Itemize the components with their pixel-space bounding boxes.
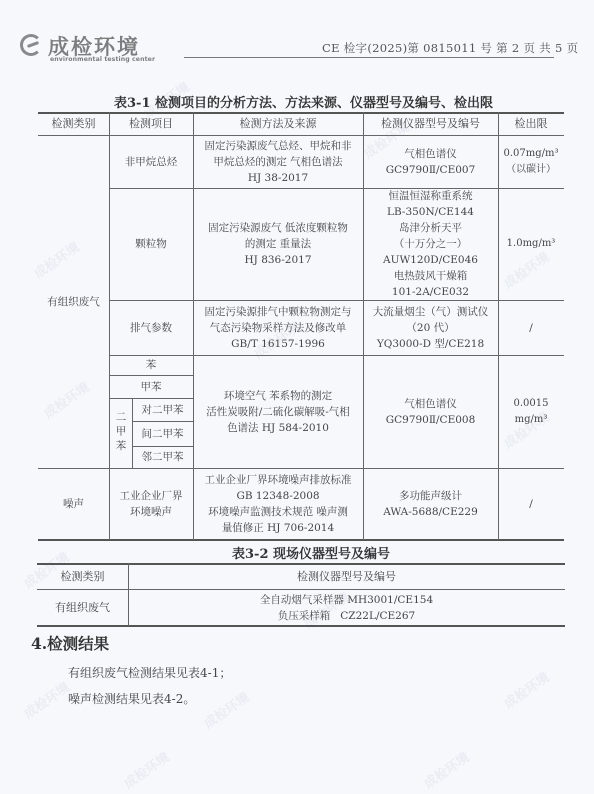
instrument-line: （20 代） — [406, 320, 454, 336]
instrument-cell: 气相色谱仪 GC9790Ⅱ/CE007 — [363, 135, 498, 188]
limit-value: 0.0015 — [514, 396, 549, 412]
header-item: 检测项目 — [109, 113, 193, 135]
watermark: 成检环境 — [419, 747, 473, 792]
table1-caption: 表3-1 检测项目的分析方法、方法来源、仪器型号及编号、检出限 — [114, 92, 493, 111]
paragraph: 有组织废气检测结果见表4-1； — [68, 664, 231, 681]
instrument-line: 全自动烟气采样器 MH3001/CE154 — [260, 592, 433, 608]
method-line: 固定污染源废气总烃、甲烷和非 — [205, 138, 352, 154]
method-line: 环境空气 苯系物的测定 — [224, 388, 332, 404]
category-noise: 噪声 — [38, 468, 109, 539]
method-line: 固定污染源排气中颗粒物测定与 — [205, 304, 352, 320]
method-cell: 固定污染源排气中颗粒物测定与 气态污染物采样方法及修改单 GB/T 16157-… — [193, 300, 363, 355]
item-name: 颗粒物 — [135, 236, 167, 252]
limit-value: / — [529, 320, 533, 336]
instrument-line: LB-350N/CE144 — [387, 204, 474, 220]
instrument-cell: 大流量烟尘（气）测试仪 （20 代） YQ3000-D 型/CE218 — [363, 300, 498, 355]
table-row: 排气参数 — [109, 300, 193, 355]
method-cell: 工业企业厂界环境噪声排放标准 GB 12348-2008 环境噪声监测技术规范 … — [193, 468, 363, 539]
instrument-line: （十万分之一） — [394, 236, 468, 252]
section-heading: 4.检测结果 — [31, 632, 109, 654]
instrument-cell: 气相色谱仪 GC9790Ⅱ/CE008 — [363, 355, 498, 468]
method-line: GB 12348-2008 — [236, 488, 319, 504]
item-name: 非甲烷总烃 — [125, 154, 178, 170]
limit-value: / — [529, 496, 533, 512]
method-cell: 环境空气 苯系物的测定 活性炭吸附/二硫化碳解吸-气相 色谱法 HJ 584-2… — [193, 355, 363, 468]
instrument-line: 气相色谱仪 — [404, 146, 457, 162]
method-line: GB/T 16157-1996 — [231, 336, 325, 352]
item-o-xylene: 邻二甲苯 — [132, 446, 193, 468]
paragraph: 噪声检测结果见表4-2。 — [68, 690, 195, 707]
header-limit: 检出限 — [498, 113, 564, 135]
instrument-line: AUW120D/CE046 — [383, 252, 478, 268]
watermark: 成检环境 — [199, 687, 253, 732]
document-number: CE 检字(2025)第 0815011 号 第 2 页 共 5 页 — [322, 40, 578, 56]
logo-ring-icon — [20, 34, 42, 56]
limit-cell: 0.07mg/m³ （以碳计） — [498, 135, 564, 188]
header-category: 检测类别 — [38, 113, 109, 135]
instrument-line: 气相色谱仪 — [404, 396, 457, 412]
limit-value: 0.07mg/m³ — [503, 146, 558, 162]
method-line: HJ 836-2017 — [244, 252, 311, 268]
instrument-line: 岛津分析天平 — [399, 220, 462, 236]
instrument-line: 电热鼓风干燥箱 — [394, 268, 468, 284]
method-line: 色谱法 HJ 584-2010 — [227, 420, 329, 436]
item-p-xylene: 对二甲苯 — [132, 398, 193, 421]
table-row: 非甲烷总烃 — [109, 135, 193, 188]
method-line: 固定污染源废气 低浓度颗粒物 — [208, 220, 348, 236]
instrument-line: 101-2A/CE032 — [392, 284, 469, 300]
header-rule — [184, 57, 300, 58]
company-logo: 成检环境 environmental testing center — [18, 32, 168, 68]
instrument-cell: 恒温恒湿称重系统 LB-350N/CE144 岛津分析天平 （十万分之一） AU… — [363, 188, 498, 300]
method-line: 量值修正 HJ 706-2014 — [222, 520, 334, 536]
limit-value: 1.0mg/m³ — [507, 236, 556, 252]
logo-subtitle: environmental testing center — [50, 56, 155, 63]
table-border — [37, 625, 565, 627]
limit-note: （以碳计） — [506, 162, 556, 178]
instrument-line: AWA-5688/CE229 — [383, 504, 478, 520]
table-border — [38, 539, 564, 541]
category-organized-gas: 有组织废气 — [38, 135, 109, 468]
method-line: 工业企业厂界环境噪声排放标准 — [205, 472, 352, 488]
method-line: 环境噪声监测技术规范 噪声测 — [208, 504, 348, 520]
item-name: 排气参数 — [130, 320, 172, 336]
method-cell: 固定污染源废气总烃、甲烷和非 甲烷总烃的测定 气相色谱法 HJ 38-2017 — [193, 135, 363, 188]
instrument-line: 恒温恒湿称重系统 — [389, 188, 473, 204]
item-xylene-group: 二甲苯 — [109, 398, 132, 468]
instrument-line: 大流量烟尘（气）测试仪 — [373, 304, 489, 320]
method-line: 甲烷总烃的测定 气相色谱法 — [213, 154, 342, 170]
limit-cell: 1.0mg/m³ — [498, 188, 564, 300]
limit-cell: / — [498, 300, 564, 355]
header-rule — [300, 57, 554, 58]
instrument-line: 负压采样箱 CZ22L/CE267 — [278, 608, 415, 624]
instrument-line: YQ3000-D 型/CE218 — [377, 336, 484, 352]
row-category: 有组织废气 — [37, 590, 128, 625]
instrument-line: 多功能声级计 — [399, 488, 462, 504]
limit-cell: 0.0015 mg/m³ — [498, 355, 564, 468]
limit-unit: mg/m³ — [515, 412, 548, 428]
header-category: 检测类别 — [37, 564, 128, 589]
instrument-cell: 多功能声级计 AWA-5688/CE229 — [363, 468, 498, 539]
table-row: 颗粒物 — [109, 188, 193, 300]
item-cell: 工业企业厂界 环境噪声 — [109, 468, 193, 539]
header-instrument: 检测仪器型号及编号 — [363, 113, 498, 135]
method-cell: 固定污染源废气 低浓度颗粒物 的测定 重量法 HJ 836-2017 — [193, 188, 363, 300]
instrument-line: GC9790Ⅱ/CE007 — [386, 162, 476, 178]
watermark: 成检环境 — [119, 747, 173, 792]
header-method: 检测方法及来源 — [193, 113, 363, 135]
item-line: 环境噪声 — [130, 504, 172, 520]
item-benzene: 苯 — [109, 355, 193, 375]
item-line: 工业企业厂界 — [120, 488, 183, 504]
method-line: 气态污染物采样方法及修改单 — [210, 320, 347, 336]
method-line: 的测定 重量法 — [245, 236, 311, 252]
limit-cell: / — [498, 468, 564, 539]
item-m-xylene: 间二甲苯 — [132, 421, 193, 446]
item-toluene: 甲苯 — [109, 375, 193, 398]
watermark: 成检环境 — [499, 667, 553, 712]
watermark: 成检环境 — [19, 677, 73, 722]
instrument-line: GC9790Ⅱ/CE008 — [386, 412, 476, 428]
method-line: HJ 38-2017 — [248, 170, 308, 186]
header-instrument: 检测仪器型号及编号 — [128, 564, 565, 589]
method-line: 活性炭吸附/二硫化碳解吸-气相 — [206, 404, 350, 420]
table2-caption: 表3-2 现场仪器型号及编号 — [232, 543, 390, 562]
row-instruments: 全自动烟气采样器 MH3001/CE154 负压采样箱 CZ22L/CE267 — [128, 590, 565, 625]
